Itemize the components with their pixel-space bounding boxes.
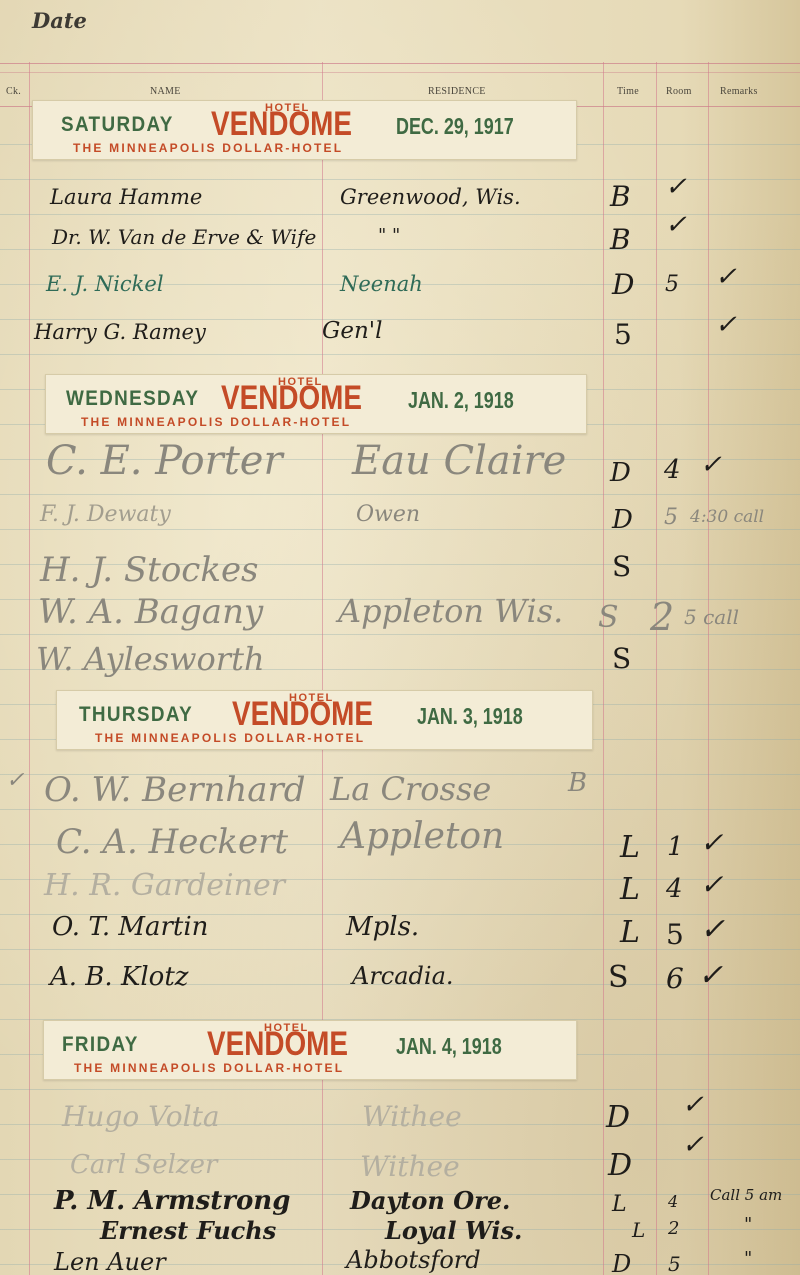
banner-hotel-name: VENDOME [207,1025,348,1064]
column-header-residence: RESIDENCE [428,86,486,97]
guest-name: A. B. Klotz [50,962,188,992]
banner-tagline: THE MINNEAPOLIS DOLLAR-HOTEL [74,1061,344,1075]
guest-residence: Mpls. [346,912,419,942]
guest-remarks: ✓ [682,1130,704,1160]
date-banner-wednesday: WEDNESDAY HOTEL VENDOME JAN. 2, 1918 THE… [45,374,587,434]
guest-remarks: ✓ [700,450,722,480]
guest-remarks: " [744,1214,752,1235]
column-header-room: Room [666,86,692,97]
guest-room: 5 [665,272,679,297]
column-header-name: NAME [150,86,181,97]
guest-name: Laura Hamme [50,185,202,209]
guest-residence: Dayton Ore. [350,1186,510,1215]
guest-residence: La Crosse [330,770,491,808]
banner-tagline: THE MINNEAPOLIS DOLLAR-HOTEL [73,141,343,155]
guest-name: F. J. Dewaty [40,502,171,527]
guest-room: 4 [666,874,683,904]
banner-date: JAN. 2, 1918 [408,387,514,414]
guest-time: D [606,1100,630,1135]
guest-name: C. E. Porter [46,438,283,484]
guest-time: L [612,1192,627,1217]
guest-name: O. W. Bernhard [44,770,306,810]
guest-residence: Abbotsford [346,1246,481,1274]
guest-name: Ernest Fuchs [100,1216,276,1245]
date-banner-saturday: SATURDAY HOTEL VENDOME DEC. 29, 1917 THE… [32,100,577,160]
guest-remarks: ✓ [700,826,723,859]
column-header-time: Time [617,86,639,97]
guest-name: H. J. Stockes [40,550,259,590]
guest-time: S [608,960,629,995]
banner-date: JAN. 3, 1918 [417,703,523,730]
guest-residence: Arcadia. [352,962,454,990]
column-line [656,62,657,1275]
guest-remarks: ✓ [682,1090,704,1120]
guest-remarks: ✓ [665,172,687,202]
banner-tagline: THE MINNEAPOLIS DOLLAR-HOTEL [81,415,351,429]
guest-room: 5 [666,918,684,951]
banner-day: FRIDAY [62,1033,139,1057]
guest-name: P. M. Armstrong [54,1186,290,1216]
guest-residence: Greenwood, Wis. [340,185,521,209]
guest-room: 6 [666,962,684,995]
guest-residence: Eau Claire [352,438,566,484]
guest-remarks: Call 5 am [710,1186,782,1204]
guest-time: B [610,180,631,213]
guest-residence: Withee [360,1150,460,1183]
guest-remarks: ✓ [665,210,687,240]
guest-remarks: ✓ [715,310,737,340]
guest-residence: Loyal Wis. [385,1216,522,1245]
guest-residence: Gen'l [322,318,382,344]
date-label: Date [32,8,87,33]
guest-remarks: ✓ [715,262,737,292]
guest-residence: " " [378,225,400,246]
guest-time: D [612,1250,631,1275]
guest-name: E. J. Nickel [46,272,164,296]
banner-hotel-name: VENDOME [221,379,362,418]
guest-time: B [610,223,631,256]
guest-name: C. A. Heckert [56,822,288,862]
guest-time: S [598,600,619,635]
banner-hotel-name: VENDOME [211,105,352,144]
guest-residence: Owen [356,502,420,527]
column-line [29,62,30,1275]
column-line [708,62,709,1275]
guest-name: Hugo Volta [62,1100,220,1133]
guest-room: 2 [668,1218,679,1239]
banner-day: SATURDAY [61,113,174,137]
guest-room: 4 [664,455,681,485]
guest-name: Harry G. Ramey [34,320,206,344]
column-header-ck: Ck. [6,86,21,97]
guest-name: Carl Selzer [70,1150,217,1180]
banner-hotel-name: VENDOME [232,695,373,734]
header-rule [0,72,800,73]
check-mark: ✓ [6,768,24,793]
guest-name: W. Aylesworth [36,640,265,678]
banner-tagline: THE MINNEAPOLIS DOLLAR-HOTEL [95,731,365,745]
guest-time: 5 [614,318,632,351]
guest-name: W. A. Bagany [38,592,263,632]
banner-date: JAN. 4, 1918 [396,1033,502,1060]
guest-remarks: 4:30 call [690,507,764,527]
header-rule [0,63,800,64]
guest-remarks: 5 call [684,605,739,629]
guest-room: 5 [664,505,678,530]
guest-time: L [632,1218,645,1242]
column-header-remarks: Remarks [720,86,758,97]
guest-name: H. R. Gardeiner [44,868,285,903]
guest-name: Dr. W. Van de Erve & Wife [52,225,316,249]
guest-remarks: " [744,1248,752,1269]
banner-day: THURSDAY [79,703,193,727]
banner-day: WEDNESDAY [66,387,199,411]
guest-remarks: ✓ [700,912,725,947]
guest-remarks: ✓ [700,868,723,901]
guest-time: D [612,505,633,535]
guest-room: 2 [650,595,674,639]
guest-time: L [620,915,640,950]
guest-time: L [620,872,640,907]
guest-room: 5 [668,1252,681,1275]
banner-date: DEC. 29, 1917 [396,113,514,140]
guest-room: 1 [667,832,684,862]
date-banner-thursday: THURSDAY HOTEL VENDOME JAN. 3, 1918 THE … [56,690,593,750]
guest-time: B [568,768,587,798]
guest-residence: Withee [362,1100,462,1133]
guest-time: L [620,830,640,865]
guest-name: Len Auer [54,1248,166,1275]
guest-residence: Appleton Wis. [338,592,563,630]
column-line [322,62,323,1275]
guest-time: D [610,458,631,488]
column-line [603,62,604,1275]
guest-name: O. T. Martin [52,912,208,942]
guest-time: S [612,642,631,675]
register-page: Date Ck. NAME RESIDENCE Time Room Remark… [0,0,800,1275]
guest-remarks: ✓ [698,958,723,993]
guest-room: 4 [668,1192,678,1211]
guest-residence: Appleton [340,816,504,857]
date-banner-friday: FRIDAY HOTEL VENDOME JAN. 4, 1918 THE MI… [43,1020,577,1080]
guest-time: S [612,550,631,583]
guest-time: D [612,268,634,301]
guest-time: D [608,1148,632,1183]
guest-residence: Neenah [340,272,423,296]
